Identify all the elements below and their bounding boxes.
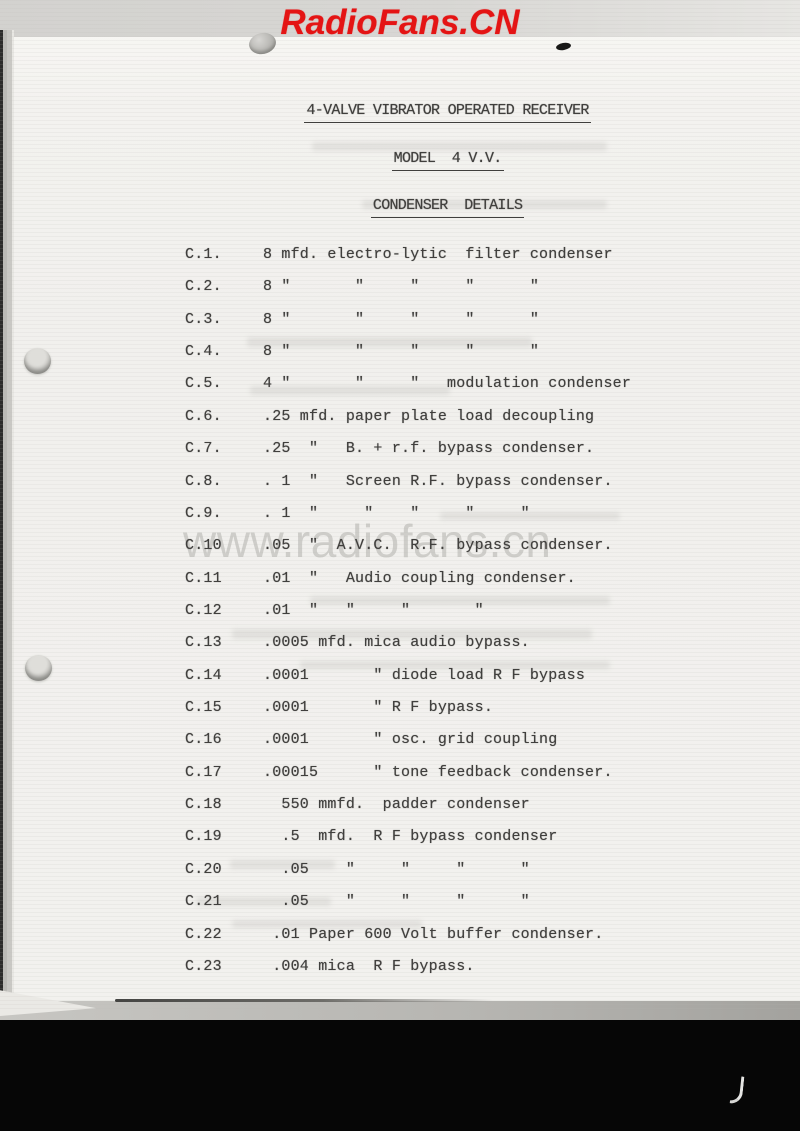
condenser-row: C.19 .5 mfd. R F bypass condenser <box>185 829 631 861</box>
condenser-ref: C.17 <box>185 765 263 797</box>
condenser-detail: .0001 " diode load R F bypass <box>263 668 585 700</box>
condenser-row: C.2.8 " " " " " <box>185 279 631 311</box>
condenser-row: C.20 .05 " " " " <box>185 862 631 894</box>
condenser-detail: .25 mfd. paper plate load decoupling <box>263 409 594 441</box>
condenser-detail: 550 mmfd. padder condenser <box>263 797 530 829</box>
condenser-row: C.21 .05 " " " " <box>185 894 631 926</box>
condenser-row: C.23 .004 mica R F bypass. <box>185 959 631 991</box>
condenser-row: C.17.00015 " tone feedback condenser. <box>185 765 631 797</box>
condenser-ref: C.19 <box>185 829 263 861</box>
condenser-detail: .0001 " R F bypass. <box>263 700 493 732</box>
condenser-ref: C.1. <box>185 247 263 279</box>
punch-hole <box>25 655 52 681</box>
condenser-detail: .0005 mfd. mica audio bypass. <box>263 635 530 667</box>
condenser-row: C.18 550 mmfd. padder condenser <box>185 797 631 829</box>
condenser-detail: .05 " A.V.C. R.F. bypass condenser. <box>263 538 613 570</box>
condenser-detail: .25 " B. + r.f. bypass condenser. <box>263 441 594 473</box>
condenser-ref: C.11 <box>185 571 263 603</box>
condenser-detail: .004 mica R F bypass. <box>263 959 475 991</box>
page-title-text: 4-VALVE VIBRATOR OPERATED RECEIVER <box>304 102 590 123</box>
condenser-ref: C.8. <box>185 474 263 506</box>
punch-hole <box>24 348 51 374</box>
section-title: CONDENSER DETAILS <box>31 180 800 231</box>
condenser-ref: C.13 <box>185 635 263 667</box>
condenser-detail: . 1 " Screen R.F. bypass condenser. <box>263 474 613 506</box>
condenser-row: C.10.05 " A.V.C. R.F. bypass condenser. <box>185 538 631 570</box>
condenser-ref: C.5. <box>185 376 263 408</box>
condenser-ref: C.10 <box>185 538 263 570</box>
condenser-detail: .01 " Audio coupling condenser. <box>263 571 576 603</box>
condenser-ref: C.20 <box>185 862 263 894</box>
condenser-detail: .05 " " " " <box>263 894 530 926</box>
condenser-row: C.1.8 mfd. electro-lytic filter condense… <box>185 247 631 279</box>
condenser-row: C.4.8 " " " " " <box>185 344 631 376</box>
condenser-detail: .5 mfd. R F bypass condenser <box>263 829 557 861</box>
condenser-ref: C.15 <box>185 700 263 732</box>
condenser-row: C.3.8 " " " " " <box>185 312 631 344</box>
condenser-detail: .05 " " " " <box>263 862 530 894</box>
condenser-row: C.22 .01 Paper 600 Volt buffer condenser… <box>185 927 631 959</box>
condenser-detail: 8 " " " " " <box>263 279 539 311</box>
condenser-ref: C.6. <box>185 409 263 441</box>
page-title: 4-VALVE VIBRATOR OPERATED RECEIVER <box>31 85 800 136</box>
condenser-row: C.16.0001 " osc. grid coupling <box>185 732 631 764</box>
condenser-ref: C.18 <box>185 797 263 829</box>
scanned-page: RadioFans.CN 4-VALVE VIBRATOR OPERATED R… <box>0 0 800 1131</box>
radiofans-logo: RadioFans.CN <box>0 3 800 43</box>
model-title-text: MODEL 4 V.V. <box>392 150 504 171</box>
section-title-text: CONDENSER DETAILS <box>371 197 524 218</box>
condenser-detail: .01 " " " " <box>263 603 484 635</box>
condenser-detail: .00015 " tone feedback condenser. <box>263 765 613 797</box>
condenser-list: C.1.8 mfd. electro-lytic filter condense… <box>185 247 631 991</box>
scanner-bed <box>0 1020 800 1131</box>
condenser-detail: .01 Paper 600 Volt buffer condenser. <box>263 927 603 959</box>
condenser-detail: 8 " " " " " <box>263 344 539 376</box>
condenser-ref: C.12 <box>185 603 263 635</box>
condenser-row: C.15.0001 " R F bypass. <box>185 700 631 732</box>
condenser-row: C.13.0005 mfd. mica audio bypass. <box>185 635 631 667</box>
condenser-row: C.9.. 1 " " " " " <box>185 506 631 538</box>
condenser-ref: C.22 <box>185 927 263 959</box>
condenser-row: C.7..25 " B. + r.f. bypass condenser. <box>185 441 631 473</box>
condenser-detail: 8 mfd. electro-lytic filter condenser <box>263 247 613 279</box>
condenser-ref: C.14 <box>185 668 263 700</box>
condenser-ref: C.9. <box>185 506 263 538</box>
condenser-ref: C.7. <box>185 441 263 473</box>
condenser-row: C.6..25 mfd. paper plate load decoupling <box>185 409 631 441</box>
scan-left-edge <box>0 30 14 1010</box>
model-title: MODEL 4 V.V. <box>31 133 800 184</box>
condenser-detail: .0001 " osc. grid coupling <box>263 732 557 764</box>
condenser-row: C.12.01 " " " " <box>185 603 631 635</box>
condenser-row: C.8.. 1 " Screen R.F. bypass condenser. <box>185 474 631 506</box>
condenser-ref: C.23 <box>185 959 263 991</box>
condenser-detail: 8 " " " " " <box>263 312 539 344</box>
page-bottom-edge-line <box>115 999 493 1002</box>
condenser-row: C.11.01 " Audio coupling condenser. <box>185 571 631 603</box>
condenser-detail: . 1 " " " " " <box>263 506 530 538</box>
condenser-ref: C.2. <box>185 279 263 311</box>
condenser-ref: C.16 <box>185 732 263 764</box>
condenser-ref: C.4. <box>185 344 263 376</box>
condenser-row: C.14.0001 " diode load R F bypass <box>185 668 631 700</box>
condenser-ref: C.21 <box>185 894 263 926</box>
condenser-detail: 4 " " " modulation condenser <box>263 376 631 408</box>
condenser-ref: C.3. <box>185 312 263 344</box>
condenser-row: C.5.4 " " " modulation condenser <box>185 376 631 408</box>
